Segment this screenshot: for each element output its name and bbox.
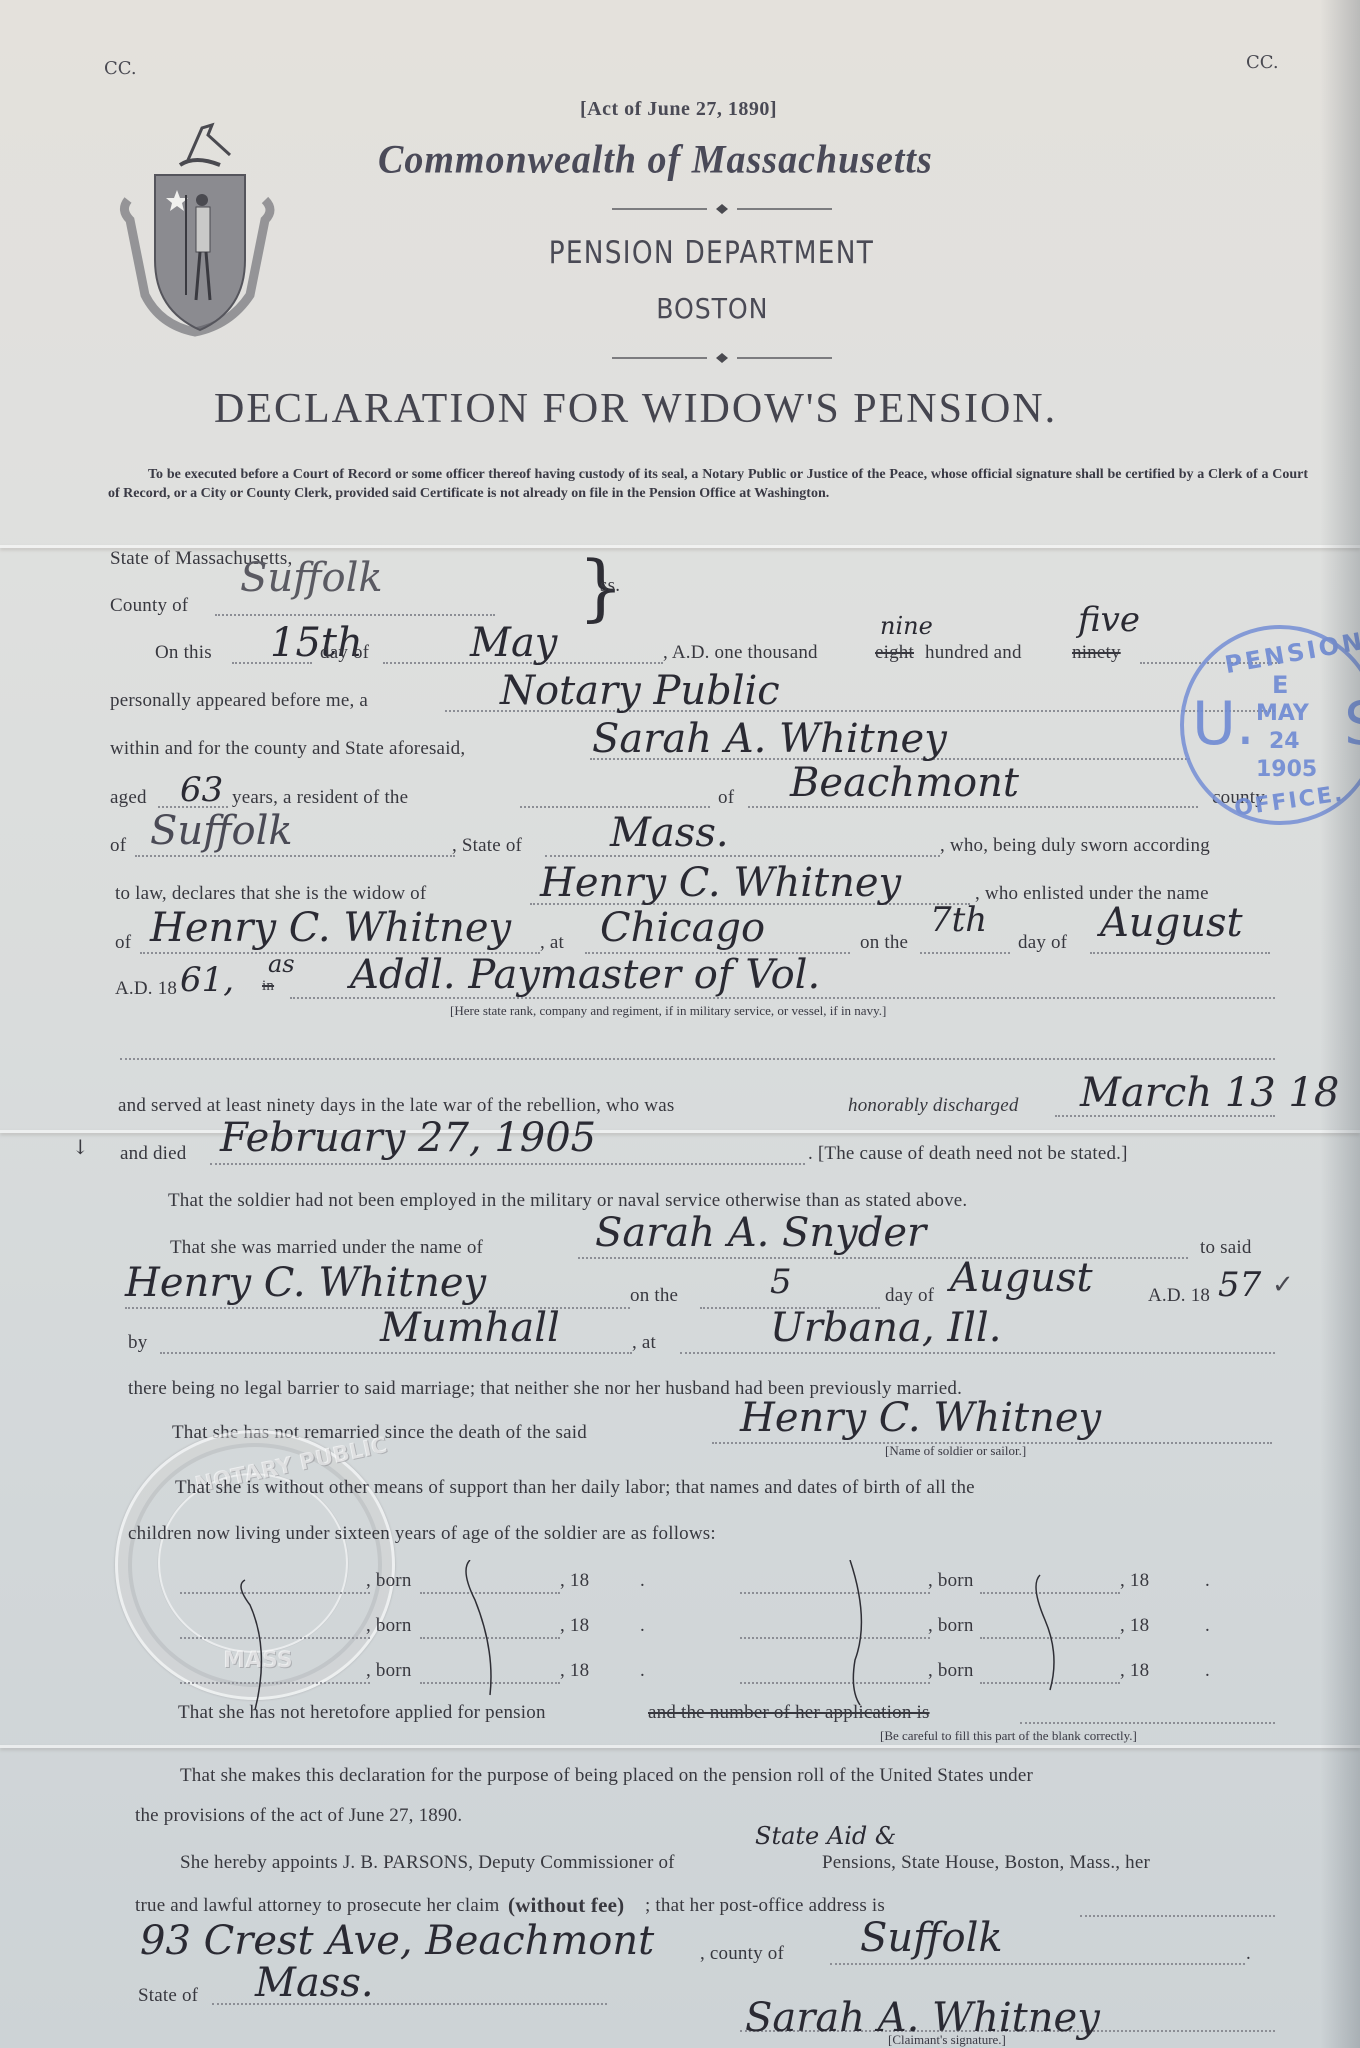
check-mark-icon: ↓ bbox=[72, 1135, 89, 1159]
enlist-month-value[interactable]: August bbox=[1100, 900, 1243, 946]
discharge-value[interactable]: March 13 18 bbox=[1080, 1070, 1339, 1116]
husband-name-value[interactable]: Henry C. Whitney bbox=[125, 1260, 486, 1306]
month-value[interactable]: May bbox=[470, 620, 557, 666]
within-label: within and for the county and State afor… bbox=[110, 738, 465, 760]
appeared-label: personally appeared before me, a bbox=[110, 690, 368, 712]
paper-fold bbox=[0, 1745, 1360, 1748]
claimant-name-value[interactable]: Sarah A. Whitney bbox=[592, 716, 947, 762]
signature-hint: [Claimant's signature.] bbox=[888, 2032, 1006, 2048]
divider-ornament-icon bbox=[612, 203, 832, 215]
sworn-label: , who, being duly sworn according bbox=[940, 835, 1210, 857]
state-aid-insert[interactable]: State Aid & bbox=[755, 1822, 896, 1850]
ad-label: , A.D. one thousand bbox=[663, 642, 818, 664]
day-of-label: day of bbox=[320, 642, 369, 664]
check-mark-icon: ✓ bbox=[1272, 1270, 1294, 1300]
served-label: and served at least ninety days in the l… bbox=[118, 1095, 674, 1117]
aged-label: aged bbox=[110, 787, 147, 809]
stamp-left: U. bbox=[1192, 689, 1255, 759]
attorney-statement-a: true and lawful attorney to prosecute he… bbox=[135, 1895, 499, 1917]
marriage-year-value[interactable]: 57 bbox=[1218, 1265, 1261, 1305]
appoints-statement-b: Pensions, State House, Boston, Mass., he… bbox=[822, 1852, 1150, 1874]
address-value[interactable]: 93 Crest Ave, Beachmont bbox=[140, 1918, 654, 1964]
corner-mark-right: CC. bbox=[1246, 52, 1279, 73]
death-date-value[interactable]: February 27, 1905 bbox=[220, 1115, 596, 1161]
attorney-statement-b: ; that her post-office address is bbox=[645, 1895, 885, 1917]
comma: . bbox=[1246, 1943, 1251, 1965]
paper-fold bbox=[0, 1130, 1360, 1133]
cause-note: . [The cause of death need not be stated… bbox=[808, 1143, 1128, 1165]
age-value[interactable]: 63 bbox=[180, 770, 223, 810]
without-fee-label: (without fee) bbox=[508, 1893, 624, 1918]
department-heading: PENSION DEPARTMENT bbox=[549, 235, 874, 271]
at-label: , at bbox=[632, 1332, 656, 1354]
execution-instructions: To be executed before a Court of Record … bbox=[108, 465, 1308, 503]
enlist-year-value[interactable]: 61, bbox=[180, 960, 234, 1000]
state-of-label: State of bbox=[138, 1985, 198, 2007]
maiden-name-value[interactable]: Sarah A. Snyder bbox=[595, 1210, 926, 1256]
officiant-value[interactable]: Mumhall bbox=[380, 1305, 560, 1351]
address-state-value[interactable]: Mass. bbox=[255, 1960, 374, 2006]
county-value[interactable]: Suffolk bbox=[150, 808, 293, 854]
stamp-bottom-text: OFFICE. bbox=[1233, 781, 1346, 821]
resident-label: years, a resident of the bbox=[232, 787, 408, 809]
corner-mark-left: CC. bbox=[104, 58, 137, 79]
enlisted-name-value[interactable]: Henry C. Whitney bbox=[150, 905, 511, 951]
support-statement-2: children now living under sixteen years … bbox=[128, 1523, 716, 1545]
in-struck: in bbox=[262, 978, 274, 995]
of-label: of bbox=[110, 835, 126, 857]
at-label: , at bbox=[540, 932, 564, 954]
county-of-label: , county of bbox=[700, 1943, 784, 1965]
not-applied-label: That she has not heretofore applied for … bbox=[178, 1702, 546, 1724]
enlist-day-value[interactable]: 7th bbox=[930, 900, 987, 940]
by-label: by bbox=[128, 1332, 147, 1354]
honorably-discharged-label: honorably discharged bbox=[848, 1095, 1019, 1117]
stamp-year: 1905 bbox=[1256, 757, 1317, 782]
not-employed-statement: That the soldier had not been employed i… bbox=[168, 1190, 967, 1212]
ad-18-label: A.D. 18 bbox=[1148, 1285, 1210, 1307]
appoints-statement-a: She hereby appoints J. B. PARSONS, Deput… bbox=[180, 1852, 675, 1874]
document-title: DECLARATION FOR WIDOW'S PENSION. bbox=[214, 385, 1057, 433]
widow-label: to law, declares that she is the widow o… bbox=[115, 883, 426, 905]
of-label: of bbox=[115, 932, 131, 954]
to-said-label: to said bbox=[1200, 1237, 1252, 1259]
rank-hint: [Here state rank, company and regiment, … bbox=[450, 1003, 886, 1019]
residence-value[interactable]: Beachmont bbox=[790, 760, 1019, 806]
officer-value[interactable]: Notary Public bbox=[500, 668, 780, 714]
rank-value[interactable]: Addl. Paymaster of Vol. bbox=[350, 952, 820, 998]
commonwealth-heading: Commonwealth of Massachusetts bbox=[378, 137, 933, 183]
day-of-label: day of bbox=[885, 1285, 934, 1307]
day-of-label: day of bbox=[1018, 932, 1067, 954]
act-reference: [Act of June 27, 1890] bbox=[580, 98, 777, 121]
stamp-right: S bbox=[1344, 689, 1360, 759]
purpose-statement-2: the provisions of the act of June 27, 18… bbox=[135, 1805, 462, 1827]
stamp-month: MAY bbox=[1256, 701, 1309, 726]
ss-label: ss. bbox=[600, 575, 620, 597]
state-value[interactable]: Mass. bbox=[610, 810, 729, 856]
ninety-struck: ninety bbox=[1072, 642, 1121, 664]
died-label: and died bbox=[120, 1143, 187, 1165]
application-number-struck: and the number of her application is bbox=[648, 1702, 930, 1724]
five-inserted[interactable]: five bbox=[1078, 600, 1140, 640]
on-the-label: on the bbox=[630, 1285, 678, 1307]
county-value[interactable]: Suffolk bbox=[240, 555, 383, 601]
eight-struck: eight bbox=[875, 642, 914, 664]
massachusetts-crest-icon bbox=[110, 110, 280, 340]
married-label: That she was married under the name of bbox=[170, 1237, 483, 1259]
enlist-place-value[interactable]: Chicago bbox=[600, 905, 765, 951]
stamp-letter: E bbox=[1272, 671, 1288, 699]
as-inserted[interactable]: as bbox=[268, 950, 295, 978]
careful-hint: [Be careful to fill this part of the bla… bbox=[880, 1728, 1137, 1744]
soldier-name-value[interactable]: Henry C. Whitney bbox=[540, 860, 901, 906]
support-statement-1: That she is without other means of suppo… bbox=[175, 1477, 975, 1499]
name-hint: [Name of soldier or sailor.] bbox=[885, 1443, 1026, 1459]
county-label: County of bbox=[110, 595, 188, 617]
on-the-label: on the bbox=[860, 932, 908, 954]
marriage-month-value[interactable]: August bbox=[950, 1255, 1093, 1301]
stamp-day: 24 bbox=[1269, 729, 1300, 754]
divider-ornament-icon bbox=[612, 352, 832, 364]
state-of-label: , State of bbox=[452, 835, 522, 857]
stamp-top-text: PENSION bbox=[1223, 627, 1360, 679]
ad-1861-label: A.D. 18 bbox=[115, 978, 177, 1000]
marriage-day-value[interactable]: 5 bbox=[770, 1262, 792, 1302]
address-county-value[interactable]: Suffolk bbox=[860, 1915, 1003, 1961]
purpose-statement-1: That she makes this declaration for the … bbox=[180, 1765, 1033, 1787]
pension-office-received-stamp: PENSION E MAY 24 1905 U. S OFFICE. bbox=[1180, 625, 1360, 825]
of-label: of bbox=[718, 787, 734, 809]
document-page: CC. CC. [Act of June 27, 1890] Commonwea… bbox=[0, 0, 1360, 2048]
nine-inserted[interactable]: nine bbox=[880, 612, 933, 640]
strike-through-squiggles bbox=[230, 1560, 1230, 1710]
city-heading: BOSTON bbox=[656, 292, 768, 325]
remarried-name-value[interactable]: Henry C. Whitney bbox=[740, 1395, 1101, 1441]
marriage-place-value[interactable]: Urbana, Ill. bbox=[770, 1305, 1001, 1351]
hundred-and-label: hundred and bbox=[925, 642, 1022, 664]
on-this-label: On this bbox=[155, 642, 212, 664]
